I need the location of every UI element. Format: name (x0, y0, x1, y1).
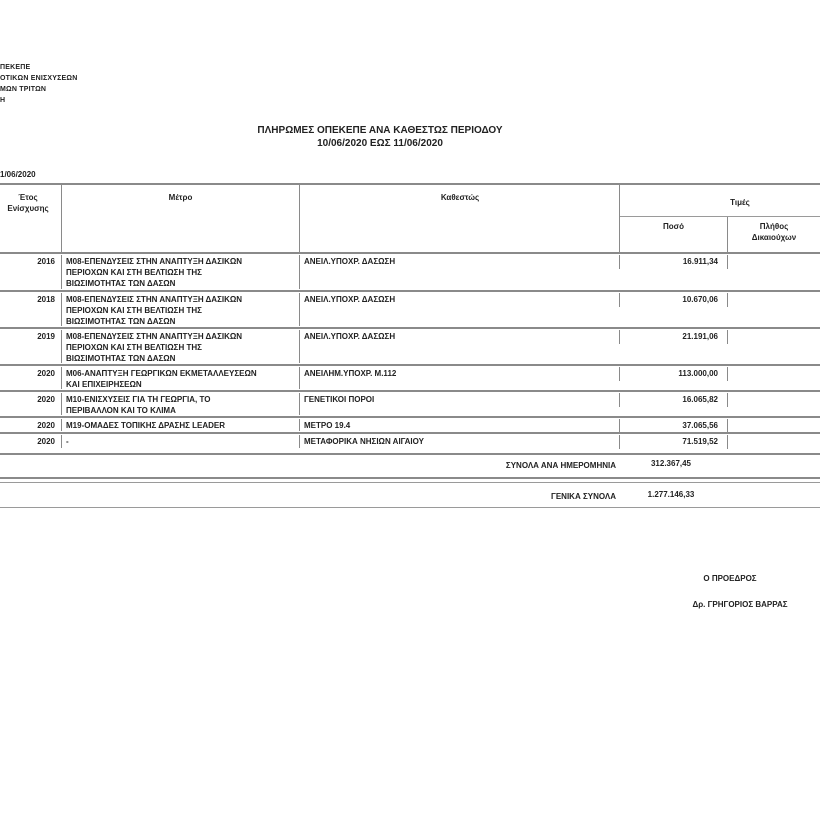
column-divider (727, 367, 728, 381)
column-divider (299, 435, 300, 448)
row-divider (0, 390, 820, 392)
org-line-4: Η (0, 95, 77, 106)
column-divider (299, 367, 300, 389)
values-subheader-border (620, 216, 820, 217)
column-divider (299, 393, 300, 415)
cell-year: 2016 (0, 256, 55, 267)
column-divider (61, 393, 62, 415)
header-values: Τιμές (620, 197, 820, 208)
org-line-1: ΠΕΚΕΠΕ (0, 62, 77, 73)
column-divider (727, 419, 728, 433)
table-row: 2019M08-ΕΠΕΝΔΥΣΕΙΣ ΣΤΗΝ ΑΝΑΠΤΥΞΗ ΔΑΣΙΚΩΝ… (0, 327, 820, 364)
cell-status: ΜΕΤΑΦΟΡΙΚΑ ΝΗΣΙΩΝ ΑΙΓΑΙΟΥ (304, 436, 614, 447)
column-divider (619, 293, 620, 307)
column-divider (61, 435, 62, 448)
grand-totals-top-border (0, 482, 820, 483)
column-divider (619, 393, 620, 407)
column-divider (61, 419, 62, 431)
report-title-block: ΠΛΗΡΩΜΕΣ ΟΠΕΚΕΠΕ ΑΝΑ ΚΑΘΕΣΤΩΣ ΠΕΡΙΟΔΟΥ 1… (180, 124, 580, 150)
cell-amount: 21.191,06 (624, 331, 718, 342)
table-top-border (0, 183, 820, 185)
report-period: 10/06/2020 ΕΩΣ 11/06/2020 (180, 137, 580, 150)
org-line-2: ΟΤΙΚΩΝ ΕΝΙΣΧΥΣΕΩΝ (0, 73, 77, 84)
cell-year: 2020 (0, 368, 55, 379)
organization-header: ΠΕΚΕΠΕ ΟΤΙΚΩΝ ΕΝΙΣΧΥΣΕΩΝ ΜΩΝ ΤΡΙΤΩΝ Η (0, 62, 77, 106)
row-divider (0, 416, 820, 418)
signature-name: Δρ. ΓΡΗΓΟΡΙΟΣ ΒΑΡΡΑΣ (640, 600, 820, 609)
header-metro: Μέτρο (62, 192, 299, 203)
daily-totals-label: ΣΥΝΟΛΑ ΑΝΑ ΗΜΕΡΟΜΗΝΙΑ (316, 461, 616, 470)
column-divider (619, 419, 620, 433)
report-title: ΠΛΗΡΩΜΕΣ ΟΠΕΚΕΠΕ ΑΝΑ ΚΑΘΕΣΤΩΣ ΠΕΡΙΟΔΟΥ (180, 124, 580, 137)
column-divider (727, 293, 728, 307)
column-divider (619, 367, 620, 381)
column-divider (619, 330, 620, 344)
cell-metro: M10-ΕΝΙΣΧΥΣΕΙΣ ΓΙΑ ΤΗ ΓΕΩΡΓΙΑ, ΤΟ ΠΕΡΙΒΑ… (66, 394, 296, 416)
totals-separator (0, 477, 820, 479)
cell-status: ΓΕΝΕΤΙΚΟΙ ΠΟΡΟΙ (304, 394, 614, 405)
cell-status: ΑΝΕΙΛΗΜ.ΥΠΟΧΡ. Μ.112 (304, 368, 614, 379)
cell-amount: 10.670,06 (624, 294, 718, 305)
cell-status: ΜΕΤΡΟ 19.4 (304, 420, 614, 431)
header-amount: Ποσό (620, 221, 727, 232)
cell-year: 2018 (0, 294, 55, 305)
column-divider (299, 419, 300, 431)
column-divider (727, 435, 728, 449)
cell-amount: 37.065,56 (624, 420, 718, 431)
cell-amount: 16.065,82 (624, 394, 718, 405)
row-divider (0, 327, 820, 329)
column-divider (619, 255, 620, 269)
column-divider (299, 330, 300, 363)
cell-metro: M08-ΕΠΕΝΔΥΣΕΙΣ ΣΤΗΝ ΑΝΑΠΤΥΞΗ ΔΑΣΙΚΩΝ ΠΕΡ… (66, 331, 296, 364)
cell-amount: 113.000,00 (624, 368, 718, 379)
cell-metro: M08-ΕΠΕΝΔΥΣΕΙΣ ΣΤΗΝ ΑΝΑΠΤΥΞΗ ΔΑΣΙΚΩΝ ΠΕΡ… (66, 256, 296, 289)
cell-status: ΑΝΕΙΛ.ΥΠΟΧΡ. ΔΑΣΩΣΗ (304, 294, 614, 305)
row-divider (0, 364, 820, 366)
column-divider (61, 293, 62, 326)
column-divider (299, 255, 300, 289)
grand-totals-label: ΓΕΝΙΚΑ ΣΥΝΟΛΑ (316, 492, 616, 501)
cell-metro: M19-ΟΜΑΔΕΣ ΤΟΠΙΚΗΣ ΔΡΑΣΗΣ LEADER (66, 420, 296, 431)
cell-metro: M08-ΕΠΕΝΔΥΣΕΙΣ ΣΤΗΝ ΑΝΑΠΤΥΞΗ ΔΑΣΙΚΩΝ ΠΕΡ… (66, 294, 296, 327)
table-row: 2020M10-ΕΝΙΣΧΥΣΕΙΣ ΓΙΑ ΤΗ ΓΕΩΡΓΙΑ, ΤΟ ΠΕ… (0, 390, 820, 416)
table-row: 2016M08-ΕΠΕΝΔΥΣΕΙΣ ΣΤΗΝ ΑΝΑΠΤΥΞΗ ΔΑΣΙΚΩΝ… (0, 252, 820, 290)
table-row: 2020M06-ΑΝΑΠΤΥΞΗ ΓΕΩΡΓΙΚΩΝ ΕΚΜΕΤΑΛΛΕΥΣΕΩ… (0, 364, 820, 390)
daily-totals-value: 312.367,45 (624, 459, 718, 468)
cell-amount: 71.519,52 (624, 436, 718, 447)
cell-metro: M06-ΑΝΑΠΤΥΞΗ ΓΕΩΡΓΙΚΩΝ ΕΚΜΕΤΑΛΛΕΥΣΕΩΝ ΚΑ… (66, 368, 296, 390)
cell-year: 2020 (0, 420, 55, 431)
org-line-3: ΜΩΝ ΤΡΙΤΩΝ (0, 84, 77, 95)
cell-year: 2020 (0, 436, 55, 447)
column-divider (727, 255, 728, 269)
cell-amount: 16.911,34 (624, 256, 718, 267)
grand-totals-value: 1.277.146,33 (624, 490, 718, 499)
signature-role: Ο ΠΡΟΕΔΡΟΣ (630, 574, 820, 583)
column-divider (727, 393, 728, 407)
column-divider (61, 330, 62, 363)
totals-top-border (0, 453, 820, 455)
row-divider (0, 290, 820, 292)
cell-year: 2020 (0, 394, 55, 405)
column-divider (299, 293, 300, 326)
cell-year: 2019 (0, 331, 55, 342)
cell-status: ΑΝΕΙΛ.ΥΠΟΧΡ. ΔΑΣΩΣΗ (304, 331, 614, 342)
table-row: 2020-ΜΕΤΑΦΟΡΙΚΑ ΝΗΣΙΩΝ ΑΙΓΑΙΟΥ71.519,52 (0, 432, 820, 449)
header-year: Έτος Ενίσχυσης (0, 192, 56, 214)
column-divider (619, 435, 620, 449)
date-label: 1/06/2020 (0, 170, 36, 179)
column-divider (727, 330, 728, 344)
column-divider (61, 367, 62, 389)
cell-metro: - (66, 436, 296, 447)
table-row: 2020M19-ΟΜΑΔΕΣ ΤΟΠΙΚΗΣ ΔΡΑΣΗΣ LEADERΜΕΤΡ… (0, 416, 820, 432)
header-status: Καθεστώς (300, 192, 620, 203)
cell-status: ΑΝΕΙΛ.ΥΠΟΧΡ. ΔΑΣΩΣΗ (304, 256, 614, 267)
table-row: 2018M08-ΕΠΕΝΔΥΣΕΙΣ ΣΤΗΝ ΑΝΑΠΤΥΞΗ ΔΑΣΙΚΩΝ… (0, 290, 820, 327)
grand-totals-bottom-border (0, 507, 820, 508)
row-divider (0, 432, 820, 434)
column-divider (61, 255, 62, 289)
header-beneficiaries: Πλήθος Δικαιούχων (728, 221, 820, 243)
